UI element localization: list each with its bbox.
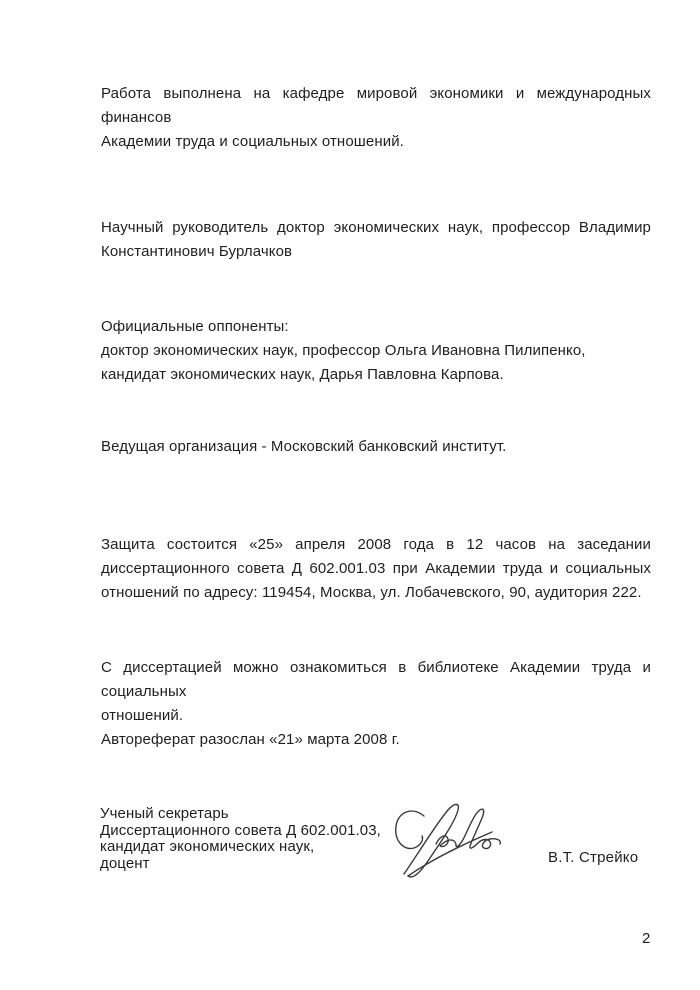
paragraph-library-line-2: отношений. [101,704,651,728]
paragraph-advisor-line-1: Научный руководитель доктор экономически… [101,216,651,240]
signature-handwriting [374,796,524,888]
paragraph-defense-line-2: диссертационного совета Д 602.001.03 при… [101,557,651,581]
paragraph-advisor: Научный руководитель доктор экономически… [101,216,651,264]
paragraph-defense: Защита состоится «25» апреля 2008 года в… [101,533,651,605]
signature-stroke-c [396,811,424,848]
page-number: 2 [642,930,650,947]
paragraph-defense-line-3: отношений по адресу: 119454, Москва, ул.… [101,581,651,605]
paragraph-leading-org: Ведущая организация - Московский банковс… [101,435,651,459]
paragraph-leading-org-line-1: Ведущая организация - Московский банковс… [101,435,651,459]
paragraph-performed-at-line-2: Академии труда и социальных отношений. [101,130,651,154]
paragraph-opponents-heading: Официальные оппоненты: [101,315,651,339]
paragraph-opponents: Официальные оппоненты: доктор экономичес… [101,315,651,387]
paragraph-library: С диссертацией можно ознакомиться в библ… [101,656,651,728]
signature-stroke-loop [404,804,458,877]
secretary-line-3: кандидат экономических наук, [100,839,400,856]
paragraph-performed-at-line-1: Работа выполнена на кафедре мировой экон… [101,82,651,130]
document-page: Работа выполнена на кафедре мировой экон… [0,0,700,990]
paragraph-opponents-line-2: доктор экономических наук, профессор Оль… [101,339,651,363]
secretary-line-4: доцент [100,856,400,873]
paragraph-performed-at: Работа выполнена на кафедре мировой экон… [101,82,651,154]
paragraph-defense-line-1: Защита состоится «25» апреля 2008 года в… [101,533,651,557]
paragraph-advisor-line-2: Константинович Бурлачков [101,240,651,264]
secretary-line-1: Ученый секретарь [100,806,400,823]
secretary-name: В.Т. Стрейко [548,849,638,866]
paragraph-abstract-sent-line-1: Автореферат разослан «21» марта 2008 г. [101,728,651,752]
secretary-line-2: Диссертационного совета Д 602.001.03, [100,823,400,840]
secretary-block: Ученый секретарь Диссертационного совета… [100,806,400,872]
signature-stroke-diagonal [408,832,492,876]
paragraph-library-line-1: С диссертацией можно ознакомиться в библ… [101,656,651,704]
paragraph-opponents-line-3: кандидат экономических наук, Дарья Павло… [101,363,651,387]
paragraph-abstract-sent: Автореферат разослан «21» марта 2008 г. [101,728,651,752]
